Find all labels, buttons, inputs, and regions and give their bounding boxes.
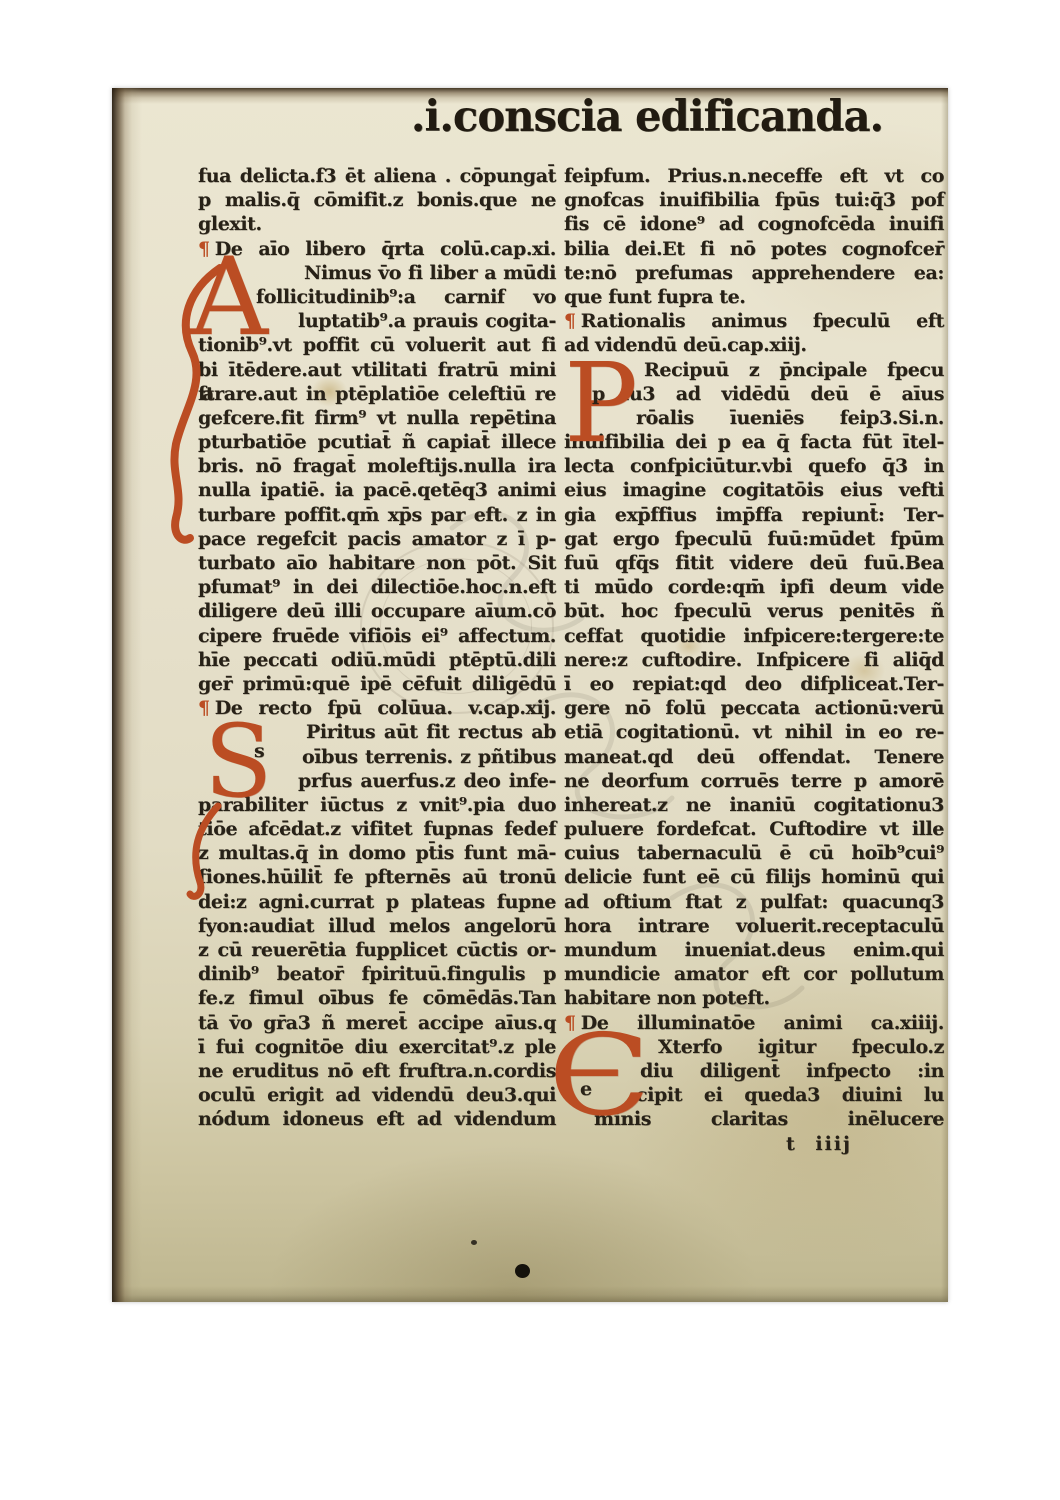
initial-E: Є [548,1020,650,1132]
guide-letter-p: p [592,382,605,406]
text-line: fua delicta.f3 ēt aliena . cōpungat̄ [198,164,556,188]
text-line: bi ītēdere.aut vtilitati fratrū mini [198,358,556,382]
text-line: p malis.q̄ cōmifit.z bonis.que ne [198,188,556,212]
book-page-scan: .i.conscia edificanda. fua delicta.f3 ēt… [112,88,948,1302]
text-line: nódum idoneus eft ad videndum [198,1107,556,1131]
text-line: gefcere.fit firm⁹ vt nulla repētina [198,406,556,430]
guide-letter-e: e [580,1077,592,1101]
text-line: bilia dei.Et fi nō potes cognofcer̄ [564,237,944,261]
running-title: .i.conscia edificanda. [353,92,941,142]
text-line: ftrare.aut in ptēplatiōe celeftiū re [198,382,556,406]
text-line: fis cē idone⁹ ad cognofcēda inuifi [564,212,944,236]
ink-speck [471,1240,477,1245]
text-line: que funt fupra te. [564,285,944,309]
ink-dot [515,1264,530,1278]
paragraph-mark: ¶ [564,310,576,332]
pen-swirl-marks [412,468,832,1088]
text-line: te:nō prefumas apprehendere ea: [564,261,944,285]
chapter-heading-line: ¶Rationalis animus fpeculū eft [564,309,944,333]
initial-A: A [190,244,268,352]
text-line: feipfum. Prius.n.neceffe eft vt co [564,164,944,188]
text-line: gnofcas inuifibilia fpūs tui:q̄3 pof [564,188,944,212]
guide-letter-s: s [254,739,264,763]
text-line: glexit. [198,212,556,236]
guide-letter-a: a [202,382,214,406]
text-line: pturbatiōe pcutiat̄ ñ capiat̄ illece [198,430,556,454]
